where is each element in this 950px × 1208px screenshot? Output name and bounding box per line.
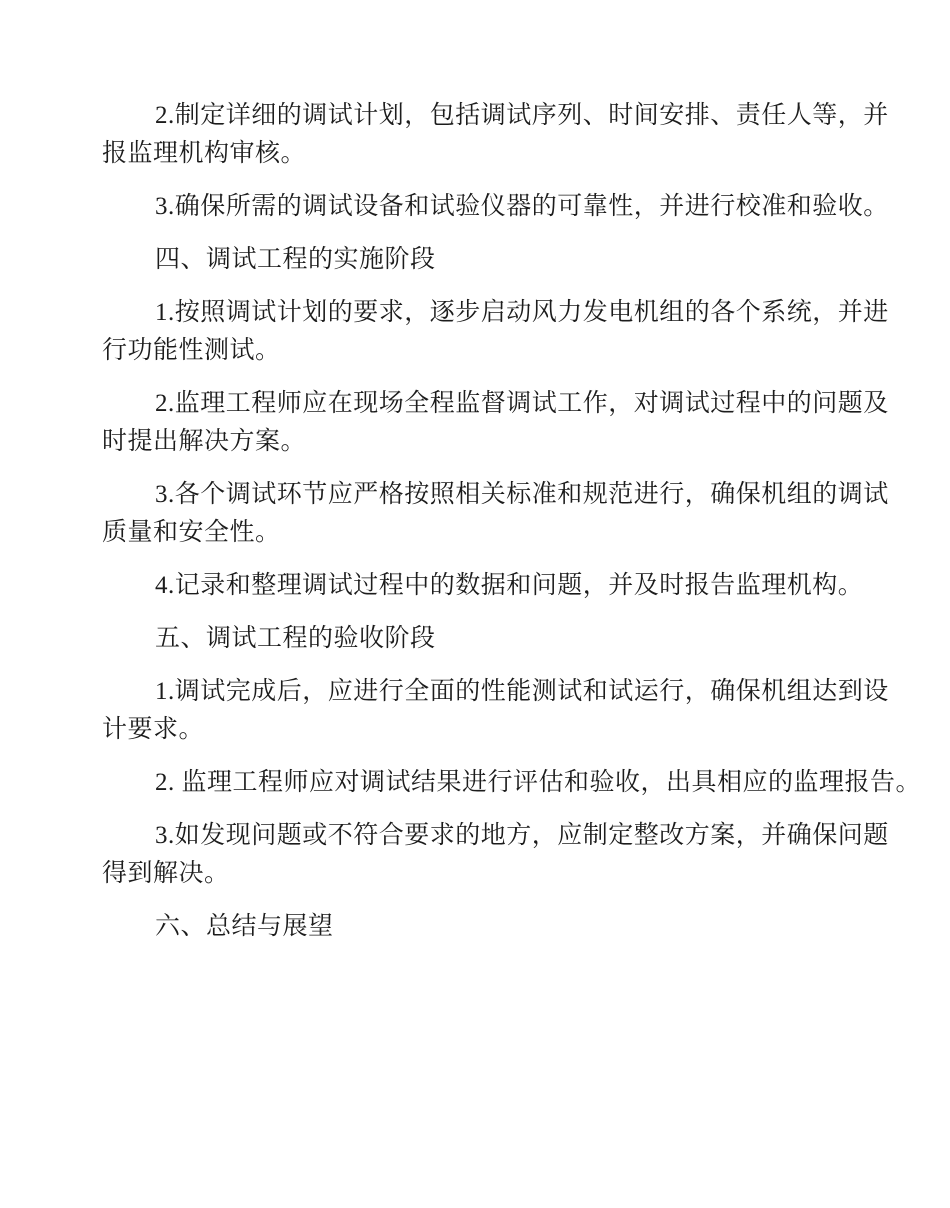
paragraph-first-line: 3.如发现问题或不符合要求的地方，应制定整改方案，并确保问题 <box>102 817 880 855</box>
paragraph: 3.确保所需的调试设备和试验仪器的可靠性，并进行校准和验收。 <box>102 188 880 226</box>
paragraph: 3.如发现问题或不符合要求的地方，应制定整改方案，并确保问题得到解决。 <box>102 817 880 893</box>
paragraph: 2.制定详细的调试计划，包括调试序列、时间安排、责任人等，并报监理机构审核。 <box>102 97 880 173</box>
paragraph-first-line: 2. 监理工程师应对调试结果进行评估和验收，出具相应的监理报告。 <box>102 764 880 802</box>
paragraph-first-line: 1.按照调试计划的要求，逐步启动风力发电机组的各个系统，并进 <box>102 294 880 332</box>
paragraph: 3.各个调试环节应严格按照相关标准和规范进行，确保机组的调试质量和安全性。 <box>102 476 880 552</box>
paragraph: 4.记录和整理调试过程中的数据和问题，并及时报告监理机构。 <box>102 567 880 605</box>
paragraph-first-line: 3.确保所需的调试设备和试验仪器的可靠性，并进行校准和验收。 <box>102 188 880 226</box>
paragraph: 1.调试完成后，应进行全面的性能测试和试运行，确保机组达到设计要求。 <box>102 673 880 749</box>
paragraph-first-line: 六、总结与展望 <box>102 908 880 946</box>
paragraph-first-line: 四、调试工程的实施阶段 <box>102 241 880 279</box>
paragraph: 1.按照调试计划的要求，逐步启动风力发电机组的各个系统，并进行功能性测试。 <box>102 294 880 370</box>
paragraph: 四、调试工程的实施阶段 <box>102 241 880 279</box>
paragraph-first-line: 1.调试完成后，应进行全面的性能测试和试运行，确保机组达到设 <box>102 673 880 711</box>
paragraph-wrap-line: 时提出解决方案。 <box>102 423 880 461</box>
paragraph-wrap-line: 得到解决。 <box>102 855 880 893</box>
paragraph: 2. 监理工程师应对调试结果进行评估和验收，出具相应的监理报告。 <box>102 764 880 802</box>
paragraph-wrap-line: 行功能性测试。 <box>102 332 880 370</box>
paragraph: 2.监理工程师应在现场全程监督调试工作，对调试过程中的问题及时提出解决方案。 <box>102 385 880 461</box>
paragraph-first-line: 2.制定详细的调试计划，包括调试序列、时间安排、责任人等，并 <box>102 97 880 135</box>
paragraph-first-line: 3.各个调试环节应严格按照相关标准和规范进行，确保机组的调试 <box>102 476 880 514</box>
paragraph-wrap-line: 质量和安全性。 <box>102 514 880 552</box>
document-body: 2.制定详细的调试计划，包括调试序列、时间安排、责任人等，并报监理机构审核。3.… <box>0 0 950 946</box>
paragraph-wrap-line: 报监理机构审核。 <box>102 135 880 173</box>
paragraph-first-line: 2.监理工程师应在现场全程监督调试工作，对调试过程中的问题及 <box>102 385 880 423</box>
paragraph: 五、调试工程的验收阶段 <box>102 620 880 658</box>
paragraph-first-line: 五、调试工程的验收阶段 <box>102 620 880 658</box>
paragraph: 六、总结与展望 <box>102 908 880 946</box>
paragraph-wrap-line: 计要求。 <box>102 711 880 749</box>
document-page: 2.制定详细的调试计划，包括调试序列、时间安排、责任人等，并报监理机构审核。3.… <box>0 0 950 1208</box>
paragraph-first-line: 4.记录和整理调试过程中的数据和问题，并及时报告监理机构。 <box>102 567 880 605</box>
